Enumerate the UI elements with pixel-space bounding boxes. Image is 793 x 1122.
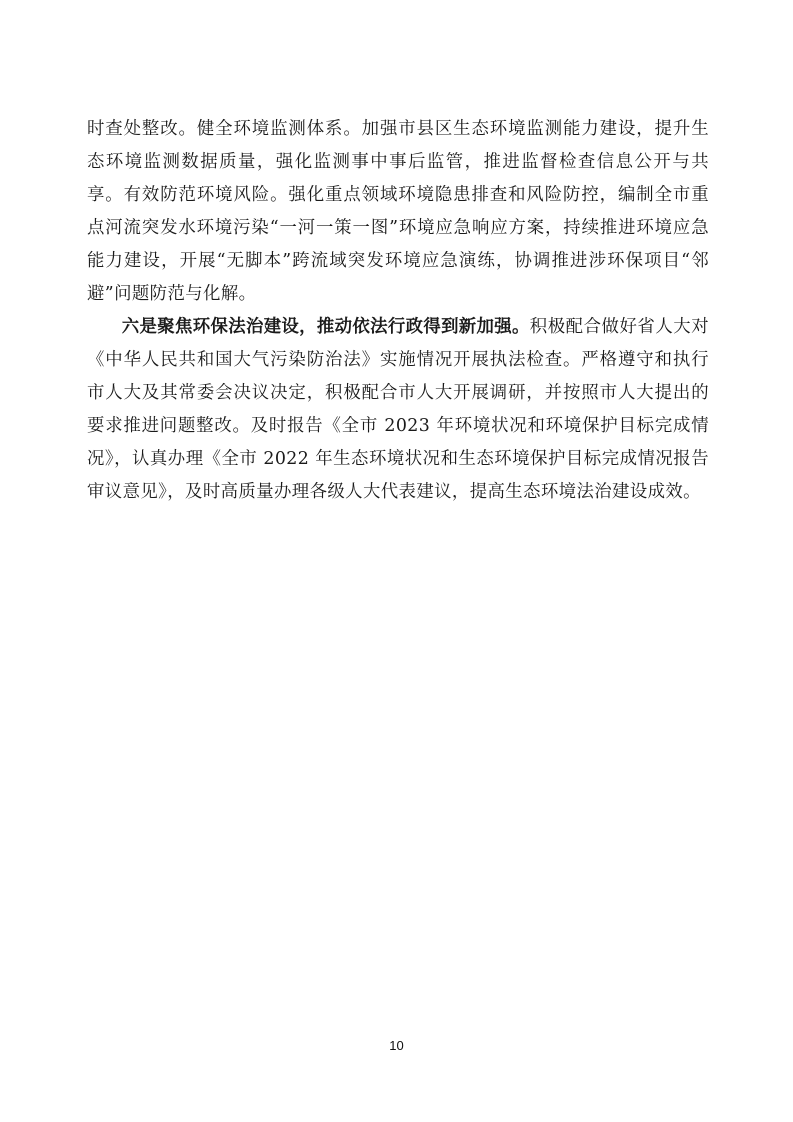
paragraph-heading: 六是聚焦环保法治建设，推动依法行政得到新加强。 <box>122 317 530 337</box>
paragraph-text: 积极配合做好省人大对《中华人民共和国大气污染防治法》实施情况开展执法检查。严格遵… <box>87 317 709 502</box>
paragraph-legal-construction: 六是聚焦环保法治建设，推动依法行政得到新加强。积极配合做好省人大对《中华人民共和… <box>87 311 709 509</box>
paragraph-text: 时查处整改。健全环境监测体系。加强市县区生态环境监测能力建设，提升生态环境监测数… <box>87 119 709 304</box>
page-number: 10 <box>0 1038 793 1053</box>
document-body: 时查处整改。健全环境监测体系。加强市县区生态环境监测能力建设，提升生态环境监测数… <box>87 113 709 509</box>
paragraph-environment-monitoring: 时查处整改。健全环境监测体系。加强市县区生态环境监测能力建设，提升生态环境监测数… <box>87 113 709 311</box>
document-page: 时查处整改。健全环境监测体系。加强市县区生态环境监测能力建设，提升生态环境监测数… <box>0 0 793 1122</box>
